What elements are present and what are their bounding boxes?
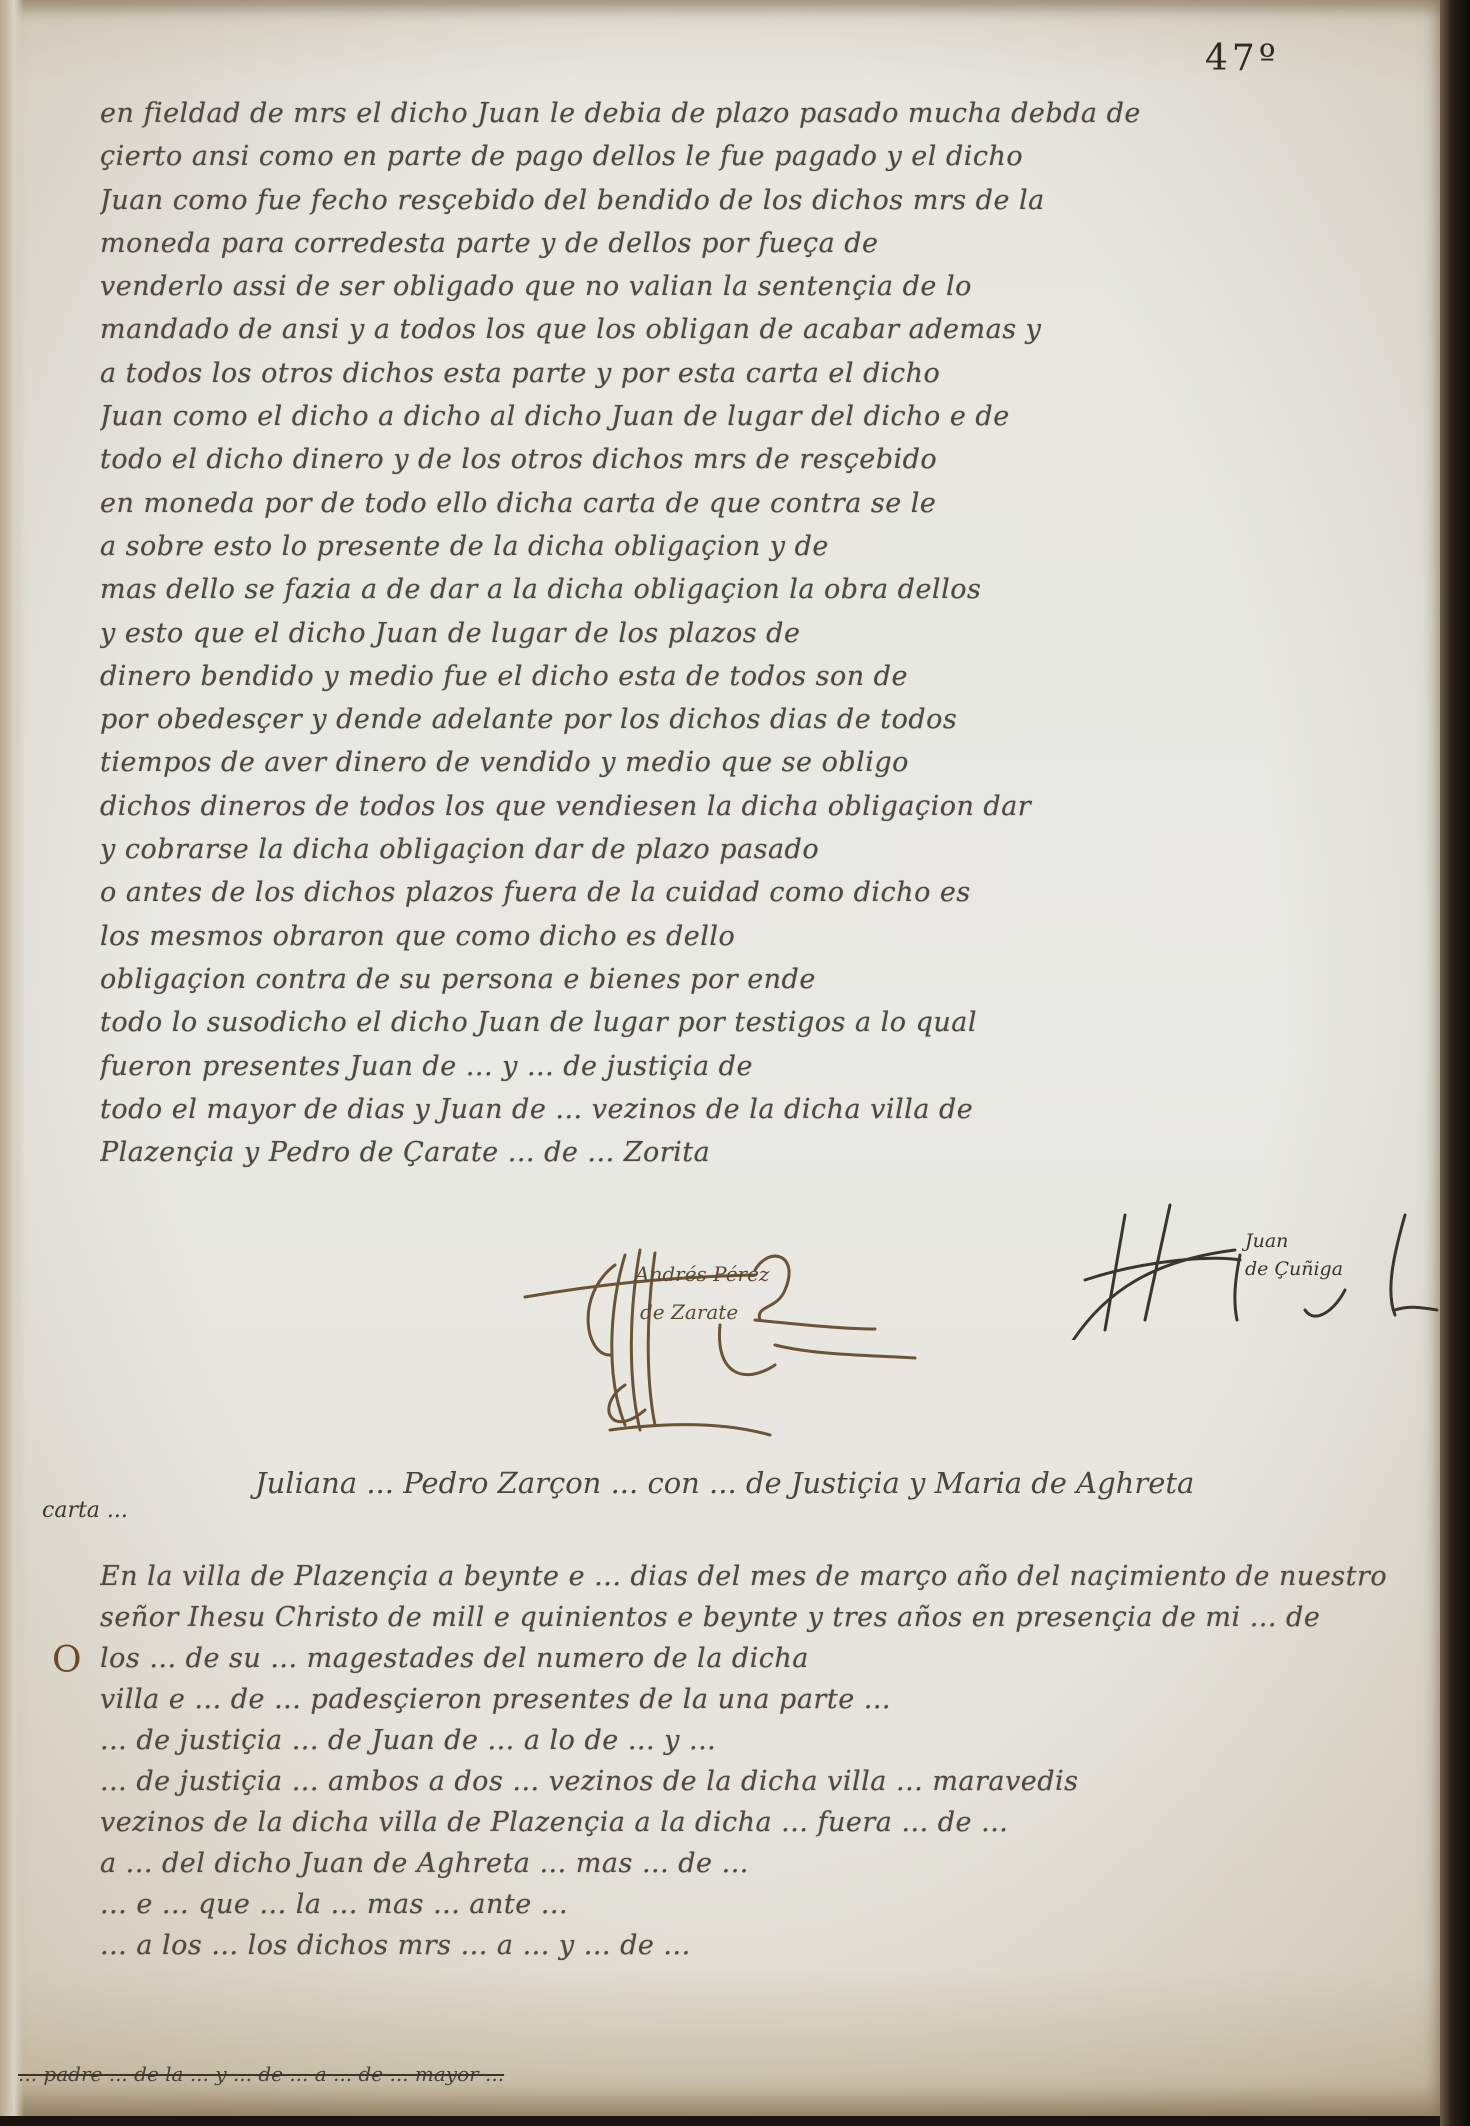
text-line: venderlo assi de ser obligado que no val… (100, 265, 1390, 308)
text-line: ... a los ... los dichos mrs ... a ... y… (100, 1925, 1390, 1966)
text-line: todo el dicho dinero y de los otros dich… (100, 438, 1390, 481)
section-heading: Juliana ... Pedro Zarçon ... con ... de … (255, 1466, 1335, 1500)
manuscript-page: 47º en fieldad de mrs el dicho Juan le d… (0, 0, 1443, 2116)
text-line: los mesmos obraron que como dicho es del… (100, 915, 1390, 958)
signature-line: Juan (1245, 1230, 1288, 1252)
text-line: mas dello se fazia a de dar a la dicha o… (100, 568, 1390, 611)
signature-left-name: Andrés Pérez (635, 1262, 769, 1286)
text-line: fueron presentes Juan de ... y ... de ju… (100, 1045, 1390, 1088)
text-line: a sobre esto lo presente de la dicha obl… (100, 525, 1390, 568)
text-line: obligaçion contra de su persona e bienes… (100, 958, 1390, 1001)
page-gutter-shadow (0, 0, 24, 2116)
text-line: ... e ... que ... la ... mas ... ante ..… (100, 1884, 1390, 1925)
signature-right-name: Juan (1245, 1230, 1288, 1252)
text-line: y esto que el dicho Juan de lugar de los… (100, 612, 1390, 655)
signature-line: de Zarate (640, 1300, 738, 1324)
signature-left-flourish-icon (515, 1225, 995, 1445)
text-line: moneda para corredesta parte y de dellos… (100, 222, 1390, 265)
text-line: ... de justiçia ... ambos a dos ... vezi… (100, 1761, 1390, 1802)
signature-right-surname: de Çuñiga (1245, 1258, 1343, 1280)
book-binding-edge (1440, 0, 1470, 2126)
text-line: mandado de ansi y a todos los que los ob… (100, 308, 1390, 351)
text-line: en moneda por de todo ello dicha carta d… (100, 482, 1390, 525)
text-line: y cobrarse la dicha obligaçion dar de pl… (100, 828, 1390, 871)
text-line: çierto ansi como en parte de pago dellos… (100, 135, 1390, 178)
top-paragraph: en fieldad de mrs el dicho Juan le debia… (100, 92, 1390, 1174)
text-line: a ... del dicho Juan de Aghreta ... mas … (100, 1843, 1390, 1884)
signature-line: de Çuñiga (1245, 1258, 1343, 1280)
folio-number: 47º (1205, 38, 1280, 79)
crossed-out-footer-note: ... padre ... de la ... y ... de ... a .… (18, 2062, 504, 2086)
text-line: por obedesçer y dende adelante por los d… (100, 698, 1390, 741)
bottom-paragraph: En la villa de Plazençia a beynte e ... … (100, 1556, 1390, 1966)
text-line: en fieldad de mrs el dicho Juan le debia… (100, 92, 1390, 135)
margin-note: carta ... (42, 1498, 128, 1523)
text-line: tiempos de aver dinero de vendido y medi… (100, 741, 1390, 784)
text-line: dinero bendido y medio fue el dicho esta… (100, 655, 1390, 698)
text-line: a todos los otros dichos esta parte y po… (100, 352, 1390, 395)
text-line: En la villa de Plazençia a beynte e ... … (100, 1556, 1390, 1597)
text-line: dichos dineros de todos los que vendiese… (100, 785, 1390, 828)
text-line: los ... de su ... magestades del numero … (100, 1638, 1390, 1679)
signature-left-surname: de Zarate (640, 1300, 738, 1324)
text-line: Juan como fue fecho resçebido del bendid… (100, 179, 1390, 222)
signature-line: Andrés Pérez (635, 1262, 769, 1286)
text-line: vezinos de la dicha villa de Plazençia a… (100, 1802, 1390, 1843)
text-line: señor Ihesu Christo de mill e quinientos… (100, 1597, 1390, 1638)
text-line: o antes de los dichos plazos fuera de la… (100, 871, 1390, 914)
text-line: ... de justiçia ... de Juan de ... a lo … (100, 1720, 1390, 1761)
text-line: Plazençia y Pedro de Çarate ... de ... Z… (100, 1131, 1390, 1174)
text-line: todo lo susodicho el dicho Juan de lugar… (100, 1001, 1390, 1044)
text-line: todo el mayor de dias y Juan de ... vezi… (100, 1088, 1390, 1131)
margin-mark: O (52, 1640, 82, 1681)
text-line: Juan como el dicho a dicho al dicho Juan… (100, 395, 1390, 438)
text-line: villa e ... de ... padesçieron presentes… (100, 1679, 1390, 1720)
